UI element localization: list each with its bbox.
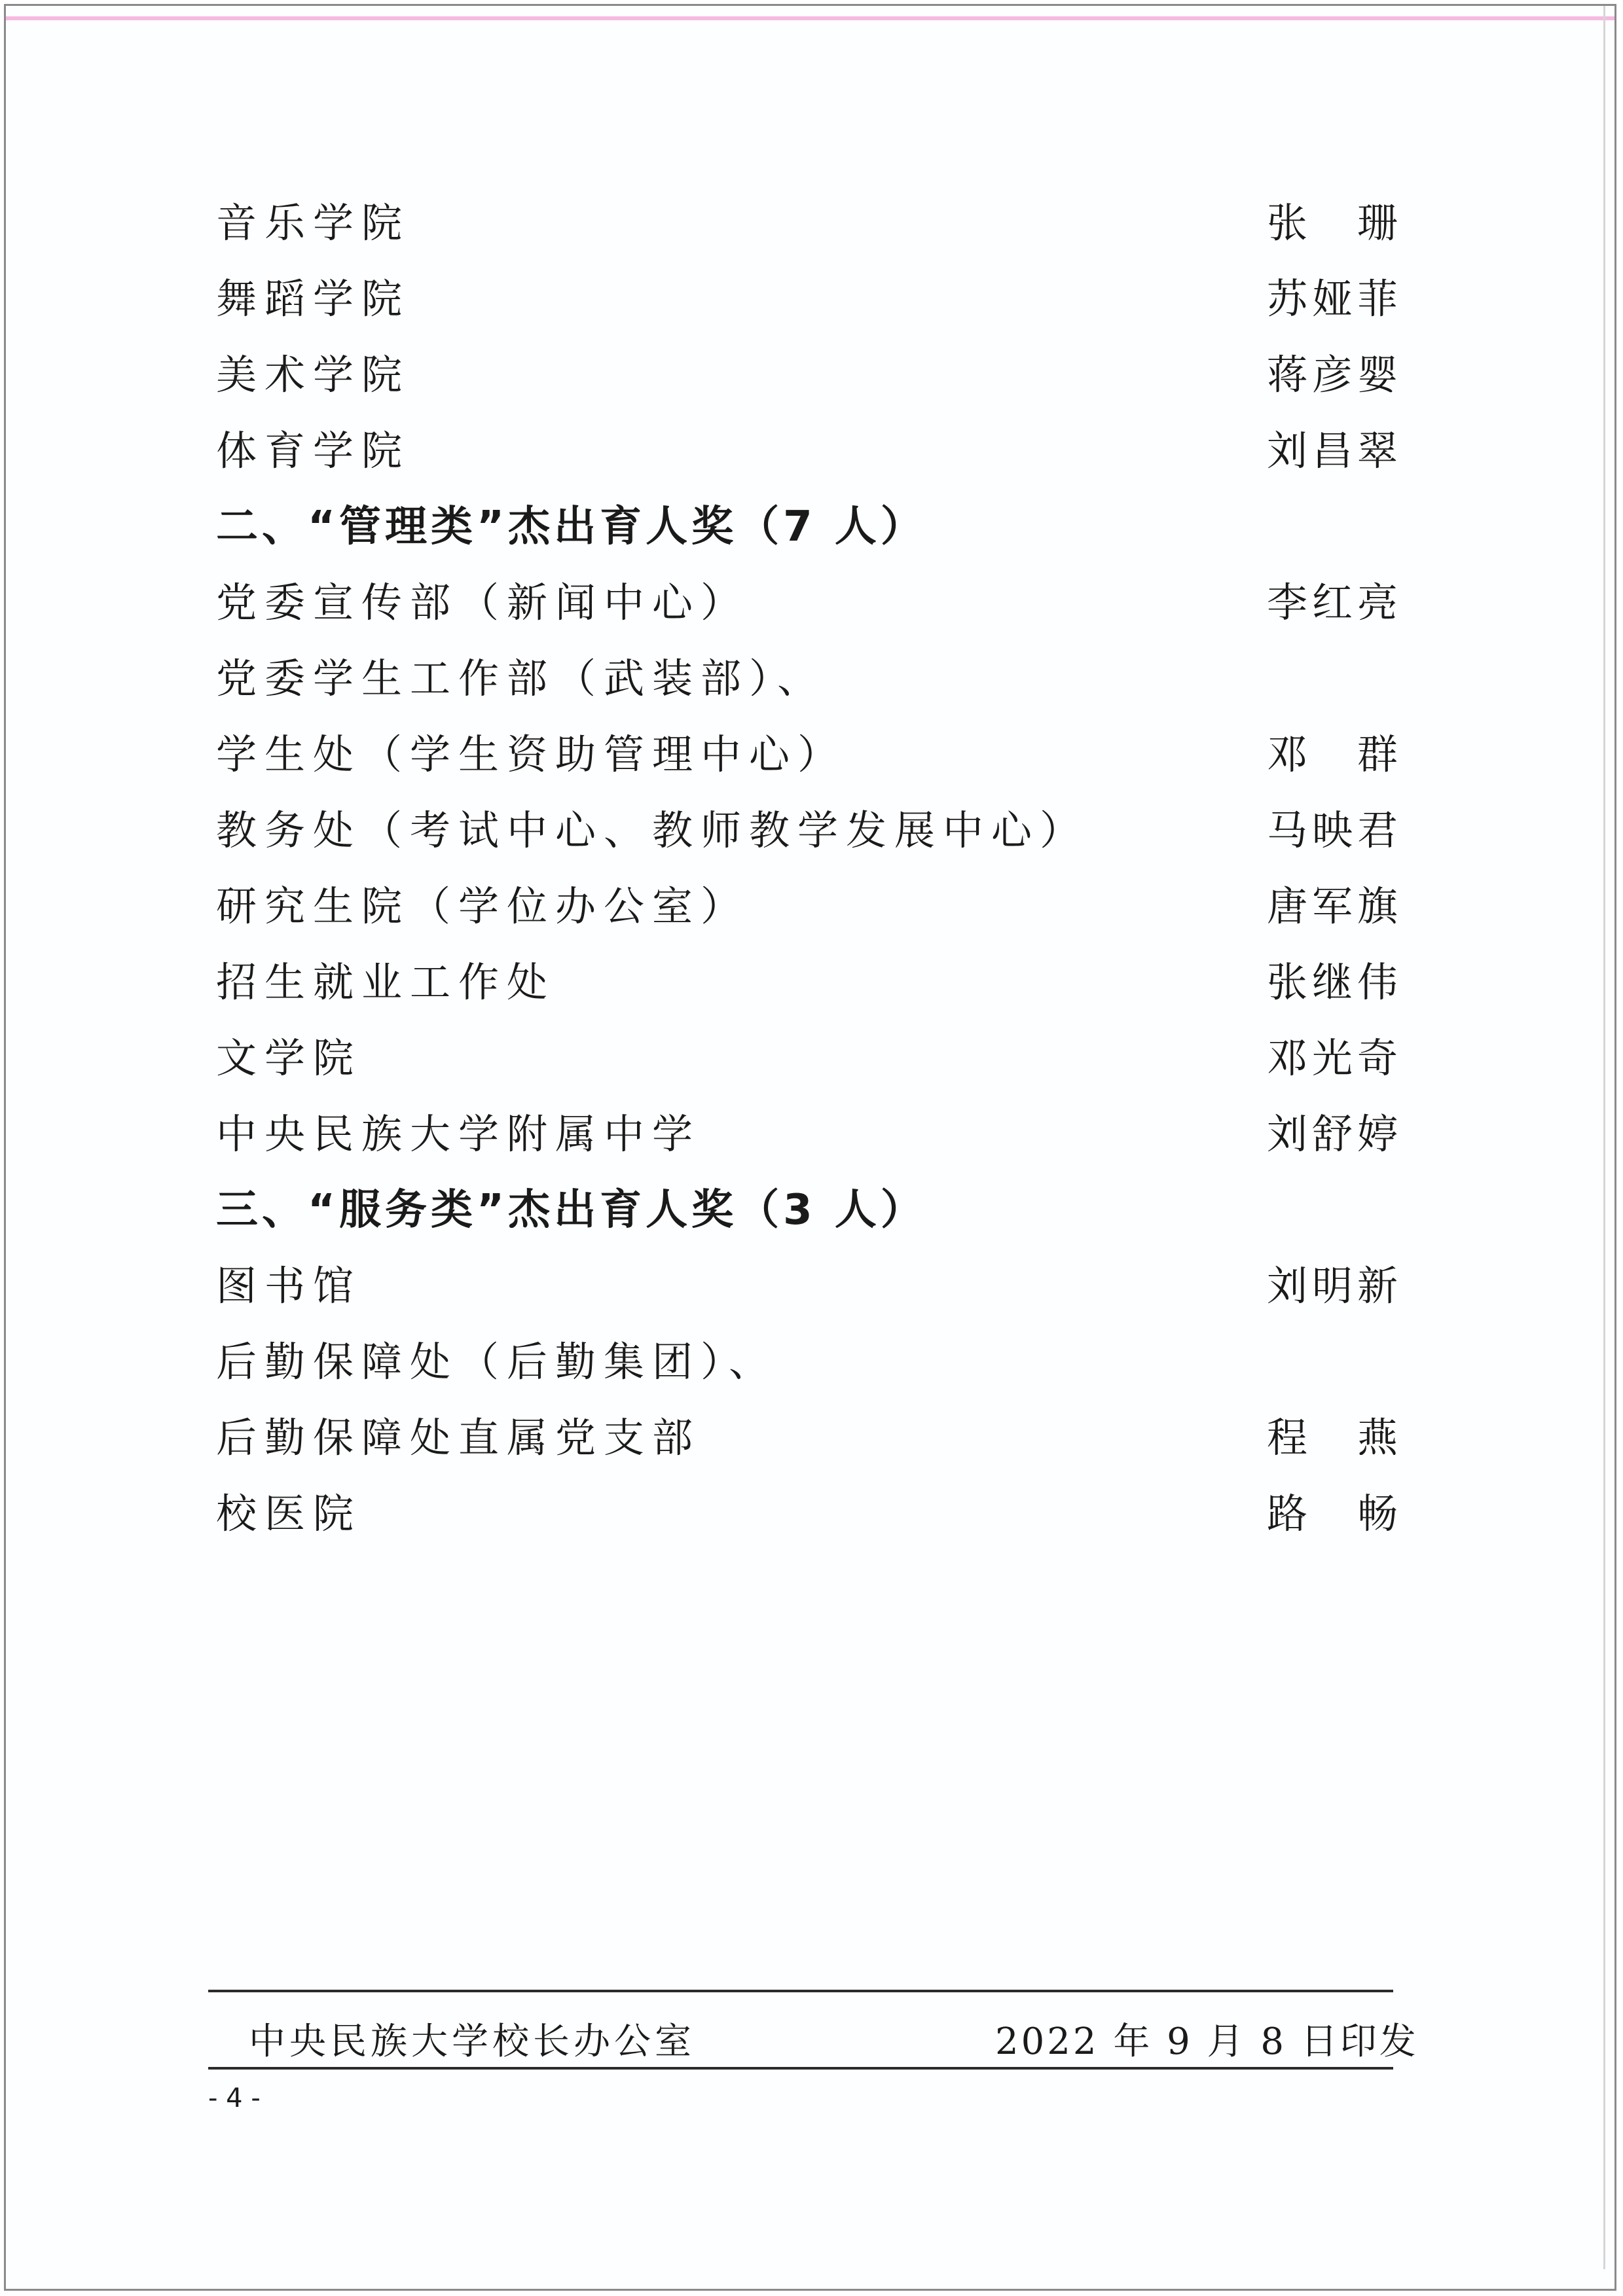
list-item: 后勤保障处直属党支部 程 燕 <box>0 1408 1623 1467</box>
scan-artifact-line <box>6 16 1614 20</box>
org-name: 中央民族大学附属中学 <box>216 1105 701 1164</box>
org-name: 党委宣传部（新闻中心） <box>216 573 749 632</box>
list-item: 学生处（学生资助管理中心） 邓 群 <box>0 725 1623 784</box>
list-item: 教务处（考试中心、教师教学发展中心） 马映君 <box>0 801 1623 860</box>
org-name: 图书馆 <box>216 1257 361 1316</box>
org-name: 文学院 <box>216 1029 361 1088</box>
list-item: 音乐学院 张 珊 <box>0 194 1623 253</box>
org-name: 体育学院 <box>216 422 410 480</box>
section-heading-management: 二、“管理类”杰出育人奖（7 人） <box>216 497 926 556</box>
awardee-name: 李红亮 <box>1267 573 1398 632</box>
awardee-name: 苏娅菲 <box>1267 270 1398 329</box>
list-item: 研究生院（学位办公室） 唐军旗 <box>0 877 1623 936</box>
org-name: 舞蹈学院 <box>216 270 410 329</box>
awardee-name: 唐军旗 <box>1267 877 1398 936</box>
org-name: 美术学院 <box>216 346 410 404</box>
list-item: 招生就业工作处 张继伟 <box>0 953 1623 1012</box>
list-item: 党委宣传部（新闻中心） 李红亮 <box>0 573 1623 632</box>
list-item: 后勤保障处（后勤集团）、 <box>0 1333 1623 1391</box>
awardee-name: 张继伟 <box>1267 953 1398 1012</box>
awardee-name: 马映君 <box>1267 801 1398 860</box>
org-name: 招生就业工作处 <box>216 953 555 1012</box>
org-name: 教务处（考试中心、教师教学发展中心） <box>216 801 1088 860</box>
section-heading-row: 三、“服务类”杰出育人奖（3 人） <box>0 1181 1623 1240</box>
list-item: 图书馆 刘明新 <box>0 1257 1623 1316</box>
awardee-name: 邓 群 <box>1267 725 1398 784</box>
section-heading-row: 二、“管理类”杰出育人奖（7 人） <box>0 497 1623 556</box>
footer-top-rule <box>208 1990 1393 1992</box>
list-item: 党委学生工作部（武装部）、 <box>0 649 1623 708</box>
list-item: 校医院 路 畅 <box>0 1484 1623 1543</box>
org-name: 后勤保障处直属党支部 <box>216 1408 701 1467</box>
awardee-name: 张 珊 <box>1267 194 1398 253</box>
list-item: 中央民族大学附属中学 刘舒婷 <box>0 1105 1623 1164</box>
issuer-name: 中央民族大学校长办公室 <box>249 2016 695 2068</box>
list-item: 美术学院 蒋彦婴 <box>0 346 1623 404</box>
list-item: 文学院 邓光奇 <box>0 1029 1623 1088</box>
page-number: - 4 - <box>208 2080 261 2117</box>
awardee-name: 邓光奇 <box>1267 1029 1398 1088</box>
issue-date: 2022 年 9 月 8 日印发 <box>995 2016 1419 2068</box>
org-name: 学生处（学生资助管理中心） <box>216 725 846 784</box>
org-name: 校医院 <box>216 1484 361 1543</box>
list-item: 舞蹈学院 苏娅菲 <box>0 270 1623 329</box>
footer-bottom-rule <box>208 2067 1393 2070</box>
org-name: 党委学生工作部（武装部）、 <box>216 649 826 708</box>
awardee-name: 路 畅 <box>1267 1484 1398 1543</box>
awardee-name: 刘昌翠 <box>1267 422 1398 480</box>
section-heading-service: 三、“服务类”杰出育人奖（3 人） <box>216 1181 926 1240</box>
org-name: 音乐学院 <box>216 194 410 253</box>
org-name: 后勤保障处（后勤集团）、 <box>216 1333 777 1391</box>
org-name: 研究生院（学位办公室） <box>216 877 749 936</box>
list-item: 体育学院 刘昌翠 <box>0 422 1623 480</box>
awardee-name: 蒋彦婴 <box>1267 346 1398 404</box>
awardee-name: 程 燕 <box>1267 1408 1398 1467</box>
awardee-name: 刘舒婷 <box>1267 1105 1398 1164</box>
awardee-name: 刘明新 <box>1267 1257 1398 1316</box>
